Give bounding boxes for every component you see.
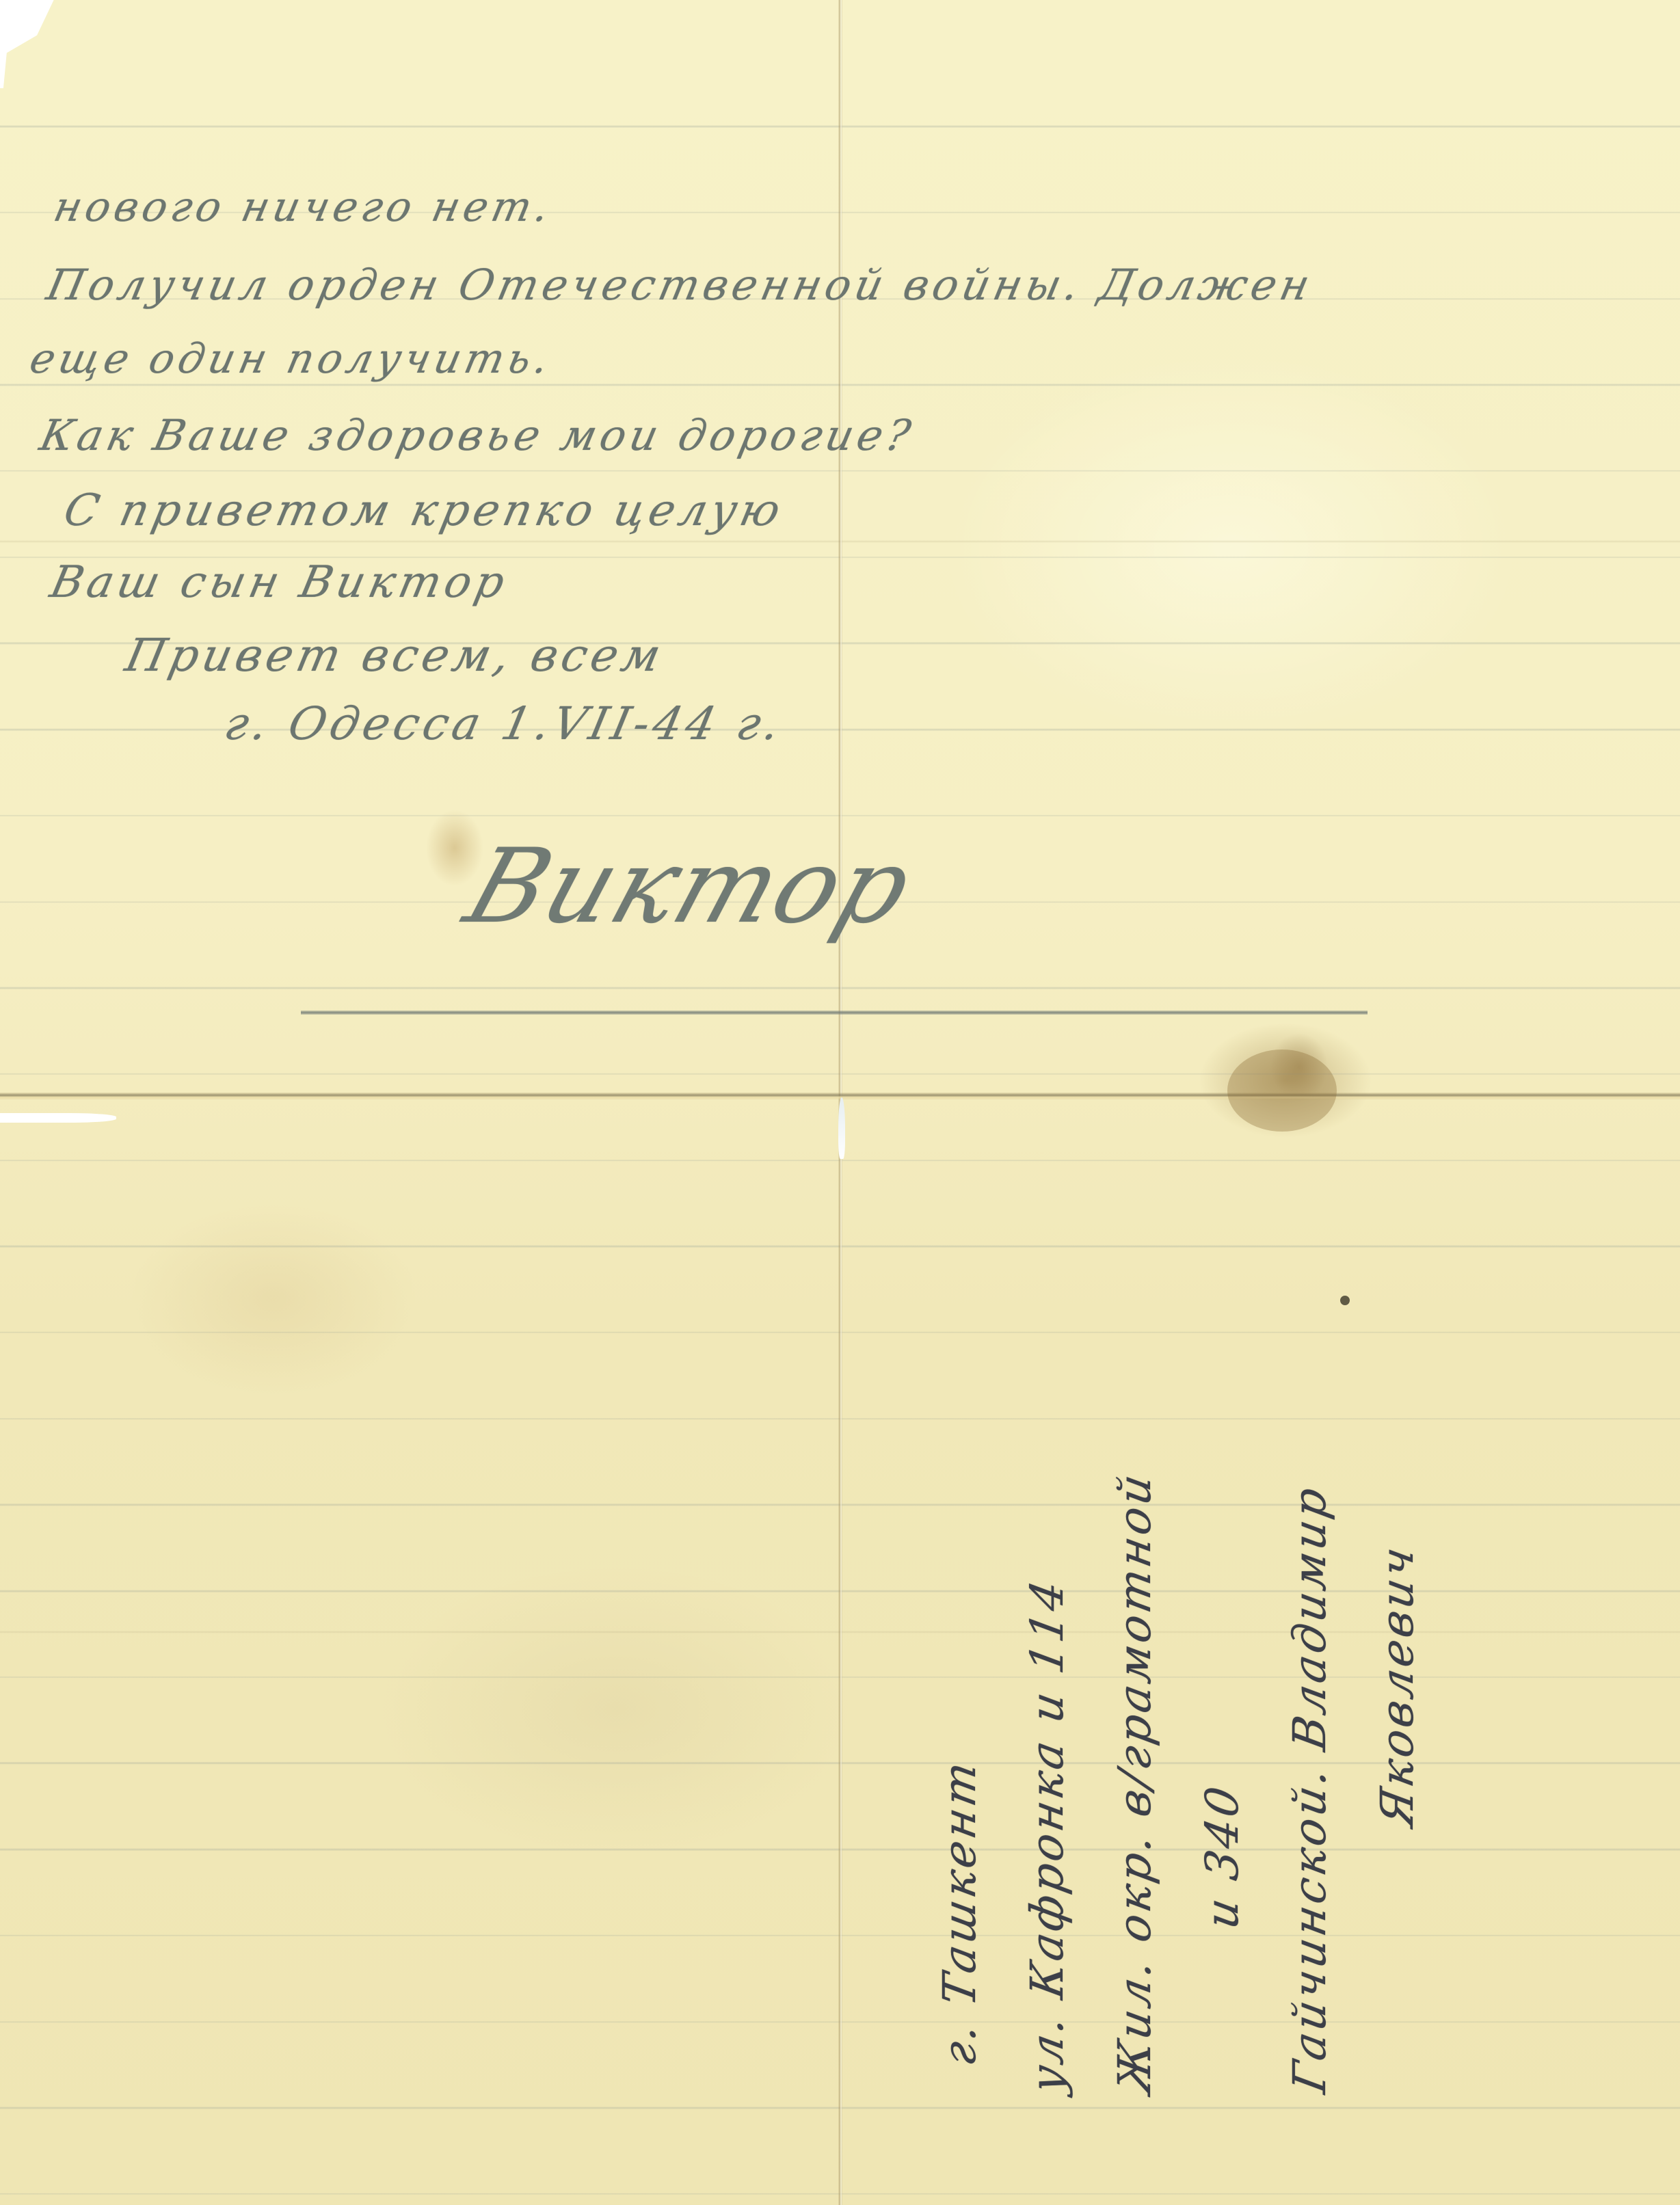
address-street: ул. Кафронка и 114 — [1004, 1182, 1091, 2100]
address-recipient-patronymic: Яковлевич — [1354, 1182, 1441, 2100]
address-district: Жил. окр. в/грамотной — [1091, 1182, 1179, 2100]
edge-tear — [0, 1113, 116, 1123]
address-recipient: Гайчинской. Владимир — [1266, 1182, 1354, 2100]
signature-underline — [301, 1011, 1368, 1015]
letter-line: С приветом крепко целую — [59, 485, 788, 536]
address-block: г. Ташкент ул. Кафронка и 114 Жил. окр. … — [916, 1190, 1441, 2092]
letter-sheet: нового ничего нет. Получил орден Отечест… — [0, 0, 1680, 2205]
letter-line: нового ничего нет. — [50, 183, 558, 231]
address-number: и 340 — [1179, 1182, 1266, 2100]
letter-line: Получил орден Отечественной войны. Долже… — [42, 260, 1318, 310]
address-city: г. Ташкент — [916, 1182, 1004, 2100]
water-stain — [1227, 1050, 1337, 1132]
letter-line: Привет всем, всем — [121, 629, 669, 682]
letter-line: еще один получить. — [26, 335, 557, 383]
letter-place-date: г. Одесса 1.VII-44 г. — [220, 697, 788, 750]
signature: Виктор — [453, 827, 927, 946]
tear-hole — [838, 1097, 845, 1159]
letter-line: Ваш сын Виктор — [46, 557, 513, 608]
letter-line: Как Ваше здоровье мои дорогие? — [36, 410, 919, 460]
